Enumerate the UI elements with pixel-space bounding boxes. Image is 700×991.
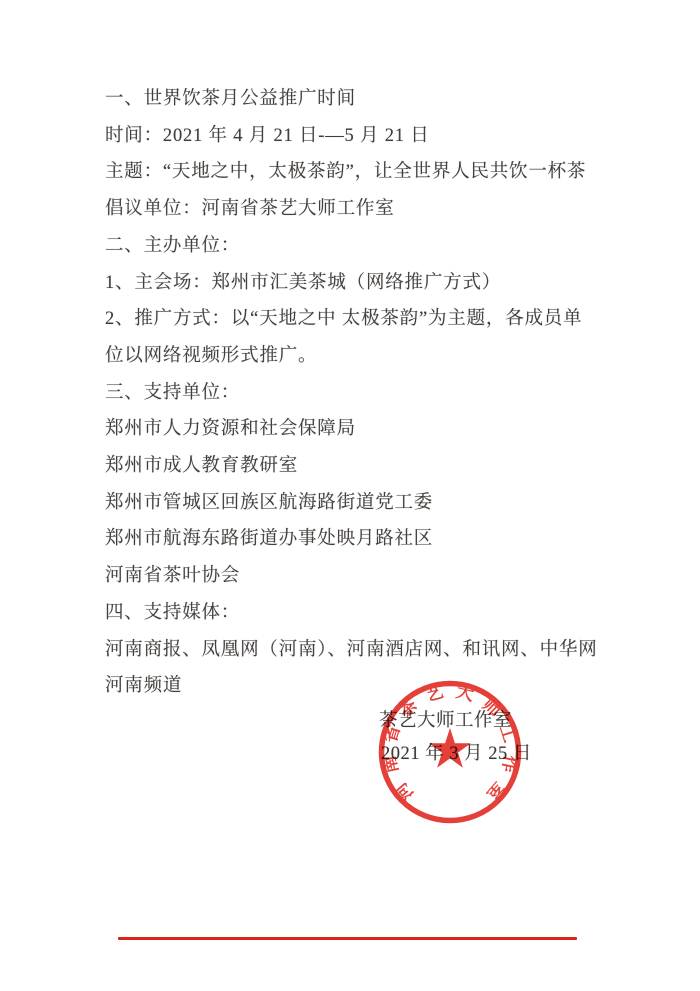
doc-line-promotion-1: 2、推广方式：以“天地之中 太极茶韵”为主题，各成员单 — [105, 301, 595, 338]
doc-line-promotion-2: 位以网络视频形式推广。 — [105, 338, 595, 375]
doc-line-supporter-3: 郑州市管城区回族区航海路街道党工委 — [105, 485, 595, 522]
doc-line-theme: 主题：“天地之中，太极茶韵”，让全世界人民共饮一杯茶 — [105, 154, 595, 191]
official-seal: 河南省茶艺大师工作室 — [377, 679, 523, 825]
doc-line-main-venue: 1、主会场：郑州市汇美茶城（网络推广方式） — [105, 265, 595, 302]
star-icon — [429, 728, 471, 768]
doc-line-supporter-1: 郑州市人力资源和社会保障局 — [105, 411, 595, 448]
doc-line-initiator: 倡议单位：河南省茶艺大师工作室 — [105, 191, 595, 228]
section-1-heading: 一、世界饮茶月公益推广时间 — [105, 81, 595, 118]
section-4-heading: 四、支持媒体： — [105, 595, 595, 632]
doc-line-time: 时间：2021 年 4 月 21 日-—5 月 21 日 — [105, 118, 595, 155]
doc-line-media-1: 河南商报、凤凰网（河南）、河南酒店网、和讯网、中华网 — [105, 632, 595, 669]
section-3-heading: 三、支持单位： — [105, 375, 595, 412]
document-page: 一、世界饮茶月公益推广时间 时间：2021 年 4 月 21 日-—5 月 21… — [0, 0, 700, 991]
doc-line-supporter-4: 郑州市航海东路街道办事处映月路社区 — [105, 521, 595, 558]
doc-line-supporter-2: 郑州市成人教育教研室 — [105, 448, 595, 485]
footer-rule — [118, 937, 577, 940]
doc-line-supporter-5: 河南省茶叶协会 — [105, 558, 595, 595]
section-2-heading: 二、主办单位： — [105, 228, 595, 265]
document-body: 一、世界饮茶月公益推广时间 时间：2021 年 4 月 21 日-—5 月 21… — [105, 81, 595, 705]
